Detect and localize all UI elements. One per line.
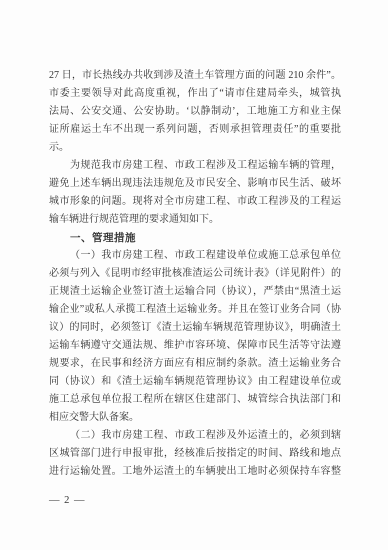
text-line: 进行运输处置。工地外运渣土的车辆驶出工地时必须保持车容整	[49, 463, 341, 481]
text-line: 相应交警大队备案。	[49, 409, 341, 427]
text-line: 必须与列入《昆明市经审批核准渣运公司统计表》（详见附件）的	[49, 265, 341, 283]
text-line: 施工总承包单位报工程所在辖区住建部门、城管综合执法部门和	[49, 391, 341, 409]
text-line: 正规渣土运输企业签订渣土运输合同（协议），严禁由“黑渣土运	[49, 283, 341, 301]
text-line: 证所雇运土车不出现一系列问题，否则承担管理责任”的重要批	[49, 121, 341, 139]
text-line: 输车辆进行规范管理的要求通知如下。	[49, 211, 341, 229]
section-heading: 一、管理措施	[49, 229, 341, 247]
text-line: （一）我市房建工程、市政工程建设单位或施工总承包单位	[49, 247, 341, 265]
text-line: （二）我市房建工程、市政工程涉及外运渣土的，必须到辖	[49, 427, 341, 445]
text-line: 城市形象的问题。现将对全市房建工程、市政工程涉及的工程运	[49, 193, 341, 211]
text-line: 规要求，在民事和经济方面应有相应制约条款。渣土运输业务合	[49, 355, 341, 373]
text-line: 运输车辆遵守交通法规、维护市容环境、保障市民生活等守法遵	[49, 337, 341, 355]
page-number: — 2 —	[49, 495, 86, 506]
text-line: 法局、公安交通、公安协助。‘以静制动’，工地施工方和业主保	[49, 103, 341, 121]
text-line: 输企业”或私人承揽工程渣土运输业务。并且在签订业务合同（协	[49, 301, 341, 319]
text-line: 市委主要领导对此高度重视，作出了“请市住建局牵头，城管执	[49, 85, 341, 103]
document-page: 27 日，市长热线办共收到涉及渣土车管理方面的问题 210 余件”。市委主要领导…	[0, 0, 388, 550]
text-line: 为规范我市房建工程、市政工程涉及工程运输车辆的管理，	[49, 157, 341, 175]
text-line: 27 日，市长热线办共收到涉及渣土车管理方面的问题 210 余件”。	[49, 67, 341, 85]
text-line: 避免上述车辆出现违法违规危及市民安全、影响市民生活、破坏	[49, 175, 341, 193]
text-line: 区城管部门进行申报审批，经核准后按指定的时间、路线和地点	[49, 445, 341, 463]
document-body: 27 日，市长热线办共收到涉及渣土车管理方面的问题 210 余件”。市委主要领导…	[49, 67, 341, 481]
text-line: 同（协议）和《渣土运输车辆规范管理协议》由工程建设单位或	[49, 373, 341, 391]
text-line: 示。	[49, 139, 341, 157]
text-line: 议）的同时，必须签订《渣土运输车辆规范管理协议》，明确渣土	[49, 319, 341, 337]
